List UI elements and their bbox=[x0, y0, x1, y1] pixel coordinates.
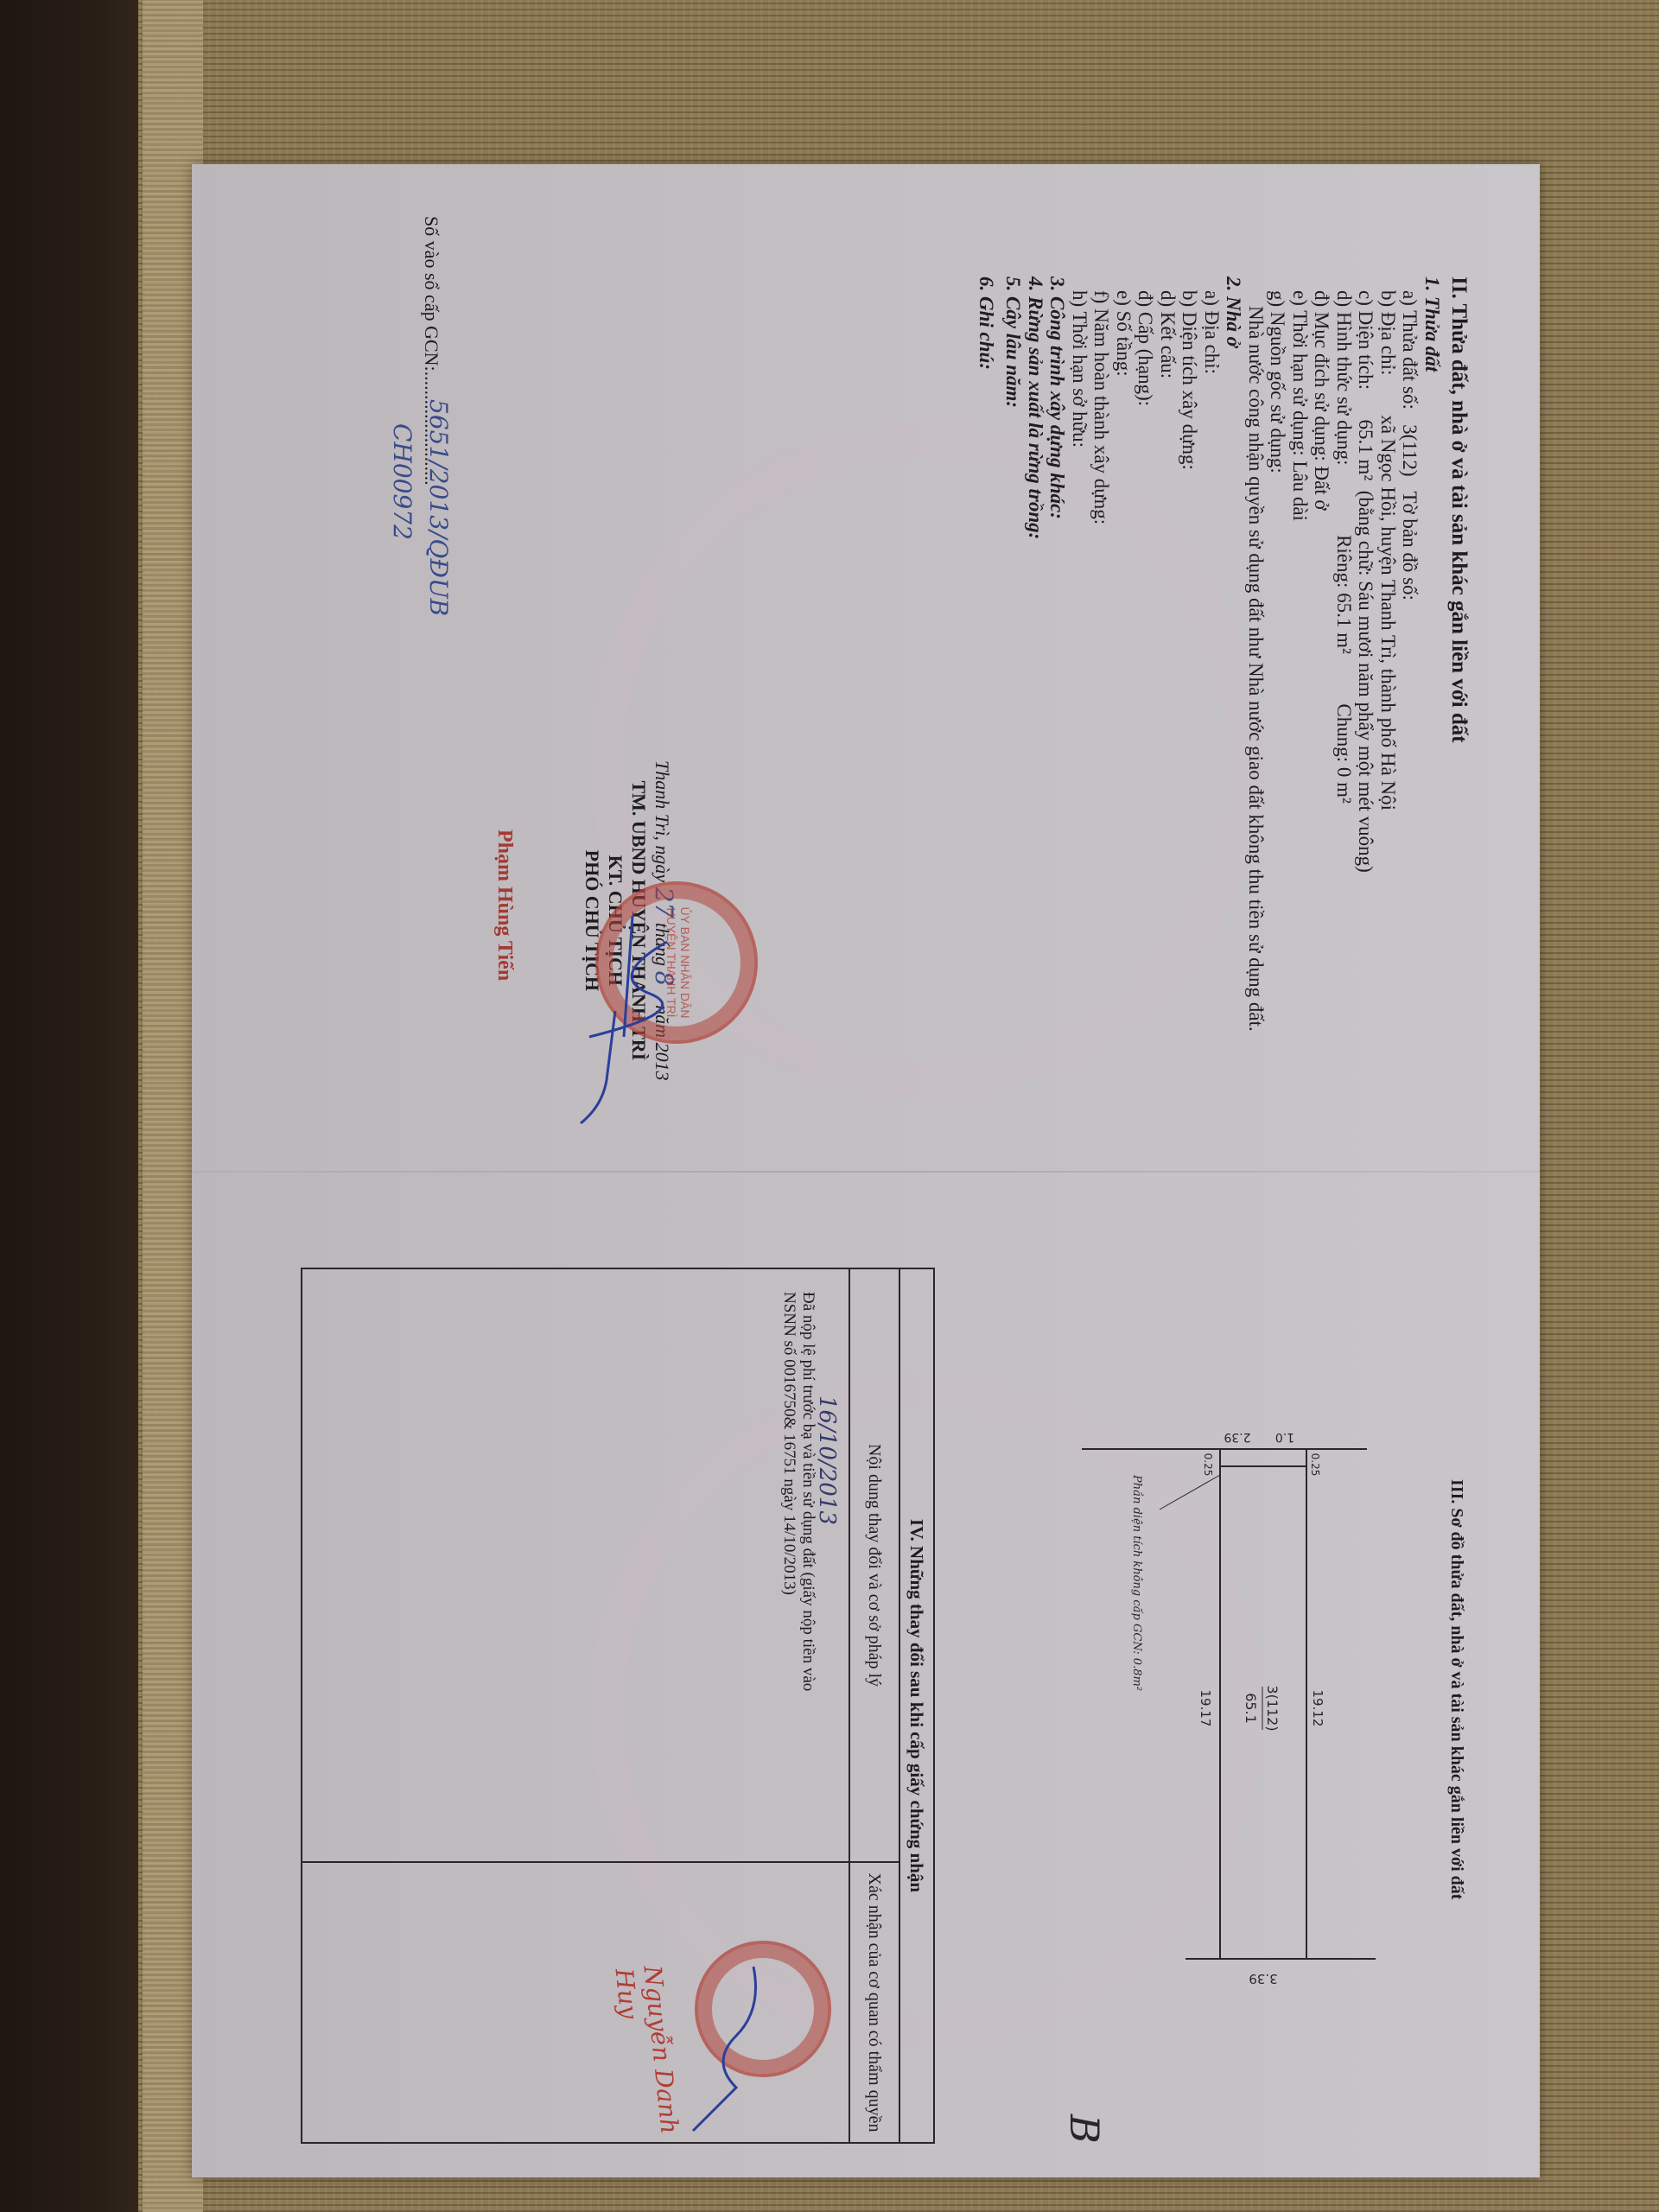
svg-text:19.12: 19.12 bbox=[1310, 1690, 1325, 1727]
approval-signature-icon bbox=[684, 1958, 788, 2148]
certificate-photo: II. Thửa đất, nhà ở và tài sản khác gắn … bbox=[192, 164, 1540, 2177]
usage-form-row: d) Hình thức sử dụng: Riêng: 65.1 m² Chu… bbox=[1333, 276, 1356, 1032]
change-entry: 16/10/2013 Đã nộp lệ phí trước bạ và tiề… bbox=[779, 1292, 836, 1724]
notes-section: 6. Ghi chú: bbox=[976, 276, 998, 1032]
svg-text:3.39: 3.39 bbox=[1249, 1971, 1277, 1986]
parcel-diagram: 19.1219.173.391.02.390.250.253(112)65.1P… bbox=[995, 1406, 1445, 2063]
signer-name: Phạm Hùng Tiến bbox=[493, 829, 516, 981]
svg-text:1.0: 1.0 bbox=[1275, 1430, 1294, 1444]
changes-table: IV. Những thay đổi sau khi cấp giấy chứn… bbox=[301, 1268, 935, 2144]
series-mark: B bbox=[1061, 2114, 1108, 2144]
land-details: 1. Thửa đất a) Thửa đất số: 3(112) Tờ bả… bbox=[976, 276, 1444, 1032]
land-use-certificate: II. Thửa đất, nhà ở và tài sản khác gắn … bbox=[192, 164, 1540, 2177]
changes-table-header: Nội dung thay đổi và cơ sở pháp lý Xác n… bbox=[849, 1269, 899, 2142]
usage-origin-text: Nhà nước công nhận quyền sử dụng đất như… bbox=[1245, 276, 1268, 1032]
other-section: 5. Cây lâu năm: bbox=[1002, 276, 1025, 1032]
area-value: 65.1 m² bbox=[1356, 419, 1377, 480]
other-section: 4. Rừng sản xuất là rừng trồng: bbox=[1025, 276, 1047, 1032]
parcel-number: 3(112) bbox=[1400, 424, 1421, 476]
house-item: f) Năm hoàn thành xây dựng: bbox=[1090, 276, 1113, 1032]
area-row: c) Diện tích: 65.1 m² (bằng chữ: Sáu mươ… bbox=[1355, 276, 1377, 1032]
svg-text:19.17: 19.17 bbox=[1198, 1690, 1213, 1727]
usage-purpose-row: đ) Mục đích sử dụng: Đất ở bbox=[1311, 276, 1333, 1032]
address-value: xã Ngọc Hồi, huyện Thanh Trì, thành phố … bbox=[1377, 415, 1399, 810]
column-header-confirmation: Xác nhận của cơ quan có thẩm quyền bbox=[850, 1863, 899, 2142]
house-item: h) Thời hạn sở hữu: bbox=[1069, 276, 1091, 1032]
svg-text:2.39: 2.39 bbox=[1224, 1430, 1250, 1444]
signature-scribble-icon bbox=[555, 907, 684, 1132]
changes-table-title: IV. Những thay đổi sau khi cấp giấy chứn… bbox=[899, 1269, 933, 2142]
address-row: b) Địa chỉ: xã Ngọc Hồi, huyện Thanh Trì… bbox=[1377, 276, 1400, 1032]
house-item: b) Diện tích xây dựng: bbox=[1179, 276, 1201, 1032]
svg-text:Phần diện tích không cấp GCN:: Phần diện tích không cấp GCN: 0.8m² bbox=[1130, 1474, 1144, 1691]
change-date: 16/10/2013 bbox=[817, 1292, 836, 1724]
usage-term-row: e) Thời hạn sử dụng: Lâu dài bbox=[1289, 276, 1312, 1032]
svg-text:0.25: 0.25 bbox=[1309, 1453, 1321, 1477]
house-heading: 2. Nhà ở bbox=[1223, 276, 1245, 1032]
other-section: 3. Công trình xây dựng khác: bbox=[1046, 276, 1069, 1032]
section-ii-title: II. Thửa đất, nhà ở và tài sản khác gắn … bbox=[1446, 276, 1471, 743]
right-page: III. Sơ đồ thửa đất, nhà ở và tài sản kh… bbox=[192, 1173, 1540, 2177]
svg-text:0.25: 0.25 bbox=[1202, 1453, 1214, 1477]
house-item: e) Số tầng: bbox=[1113, 276, 1135, 1032]
approver-name: Nguyễn Danh Huy bbox=[610, 1964, 685, 2145]
column-header-content: Nội dung thay đổi và cơ sở pháp lý bbox=[850, 1269, 899, 1863]
changes-table-row: 16/10/2013 Đã nộp lệ phí trước bạ và tiề… bbox=[301, 1269, 849, 2142]
land-heading: 1. Thửa đất bbox=[1421, 276, 1444, 1032]
svg-text:3(112): 3(112) bbox=[1264, 1685, 1281, 1731]
parcel-number-row: a) Thửa đất số: 3(112) Tờ bản đồ số: bbox=[1399, 276, 1421, 1032]
change-text: Đã nộp lệ phí trước bạ và tiền sử dụng đ… bbox=[779, 1292, 817, 1724]
house-item: a) Địa chỉ: bbox=[1201, 276, 1224, 1032]
house-item: đ) Cấp (hạng): bbox=[1135, 276, 1157, 1032]
house-item: d) Kết cấu: bbox=[1157, 276, 1179, 1032]
registry-sub-number: CH00972 bbox=[388, 423, 416, 540]
usage-origin-row: g) Nguồn gốc sử dụng: bbox=[1267, 276, 1289, 1032]
svg-text:65.1: 65.1 bbox=[1243, 1693, 1259, 1724]
section-iii-title: III. Sơ đồ thửa đất, nhà ở và tài sản kh… bbox=[1446, 1479, 1466, 1899]
registry-number-value: 5651/2013/QĐUB bbox=[424, 399, 453, 616]
left-page: II. Thửa đất, nhà ở và tài sản khác gắn … bbox=[192, 164, 1540, 1171]
